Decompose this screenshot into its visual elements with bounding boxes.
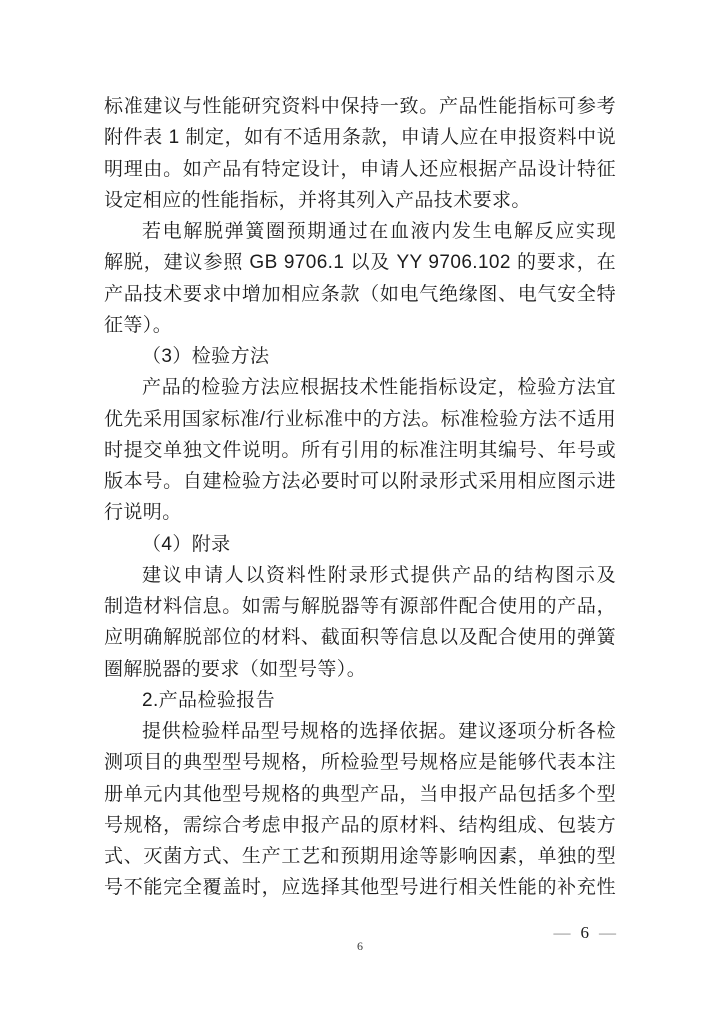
text-line: 行说明。 (104, 497, 616, 528)
footer-dash-right: — (599, 923, 616, 942)
text-line: 明理由。如产品有特定设计，申请人还应根据产品设计特征 (104, 154, 616, 185)
text-line: 圈解脱器的要求（如型号等）。 (104, 654, 616, 685)
section-heading: （3）检验方法 (104, 341, 616, 372)
footer-dash-left: — (554, 923, 571, 942)
text-line: 解脱，建议参照 GB 9706.1 以及 YY 9706.102 的要求，在 (104, 247, 616, 278)
text-line: 应明确解脱部位的材料、截面积等信息以及配合使用的弹簧 (104, 622, 616, 653)
text-line: 建议申请人以资料性附录形式提供产品的结构图示及 (104, 560, 616, 591)
text-line: 时提交单独文件说明。所有引用的标准注明其编号、年号或 (104, 435, 616, 466)
text-line: 提供检验样品型号规格的选择依据。建议逐项分析各检 (104, 716, 616, 747)
text-line: 产品技术要求中增加相应条款（如电气绝缘图、电气安全特 (104, 279, 616, 310)
viewer-page-number: 6 (348, 939, 372, 954)
text-line: 制造材料信息。如需与解脱器等有源部件配合使用的产品， (104, 591, 616, 622)
text-line: 标准建议与性能研究资料中保持一致。产品性能指标可参考 (104, 91, 616, 122)
text-line: 测项目的典型型号规格，所检验型号规格应是能够代表本注 (104, 747, 616, 778)
text-line: 号规格，需综合考虑申报产品的原材料、结构组成、包装方 (104, 810, 616, 841)
text-line: 征等）。 (104, 310, 616, 341)
text-line: 优先采用国家标准/行业标准中的方法。标准检验方法不适用 (104, 404, 616, 435)
text-line: 若电解脱弹簧圈预期通过在血液内发生电解反应实现 (104, 216, 616, 247)
section-heading: （4）附录 (104, 529, 616, 560)
text-line: 册单元内其他型号规格的典型产品，当申报产品包括多个型 (104, 779, 616, 810)
text-line: 式、灭菌方式、生产工艺和预期用途等影响因素，单独的型 (104, 841, 616, 872)
document-body: 标准建议与性能研究资料中保持一致。产品性能指标可参考 附件表 1 制定，如有不适… (104, 91, 616, 904)
page-number-footer: —6— (554, 923, 617, 943)
text-line: 设定相应的性能指标，并将其列入产品技术要求。 (104, 185, 616, 216)
footer-page-number: 6 (581, 923, 590, 942)
section-heading: 2.产品检验报告 (104, 685, 616, 716)
text-line: 版本号。自建检验方法必要时可以附录形式采用相应图示进 (104, 466, 616, 497)
text-line: 附件表 1 制定，如有不适用条款，申请人应在申报资料中说 (104, 122, 616, 153)
document-page: 标准建议与性能研究资料中保持一致。产品性能指标可参考 附件表 1 制定，如有不适… (0, 0, 720, 1018)
text-line: 号不能完全覆盖时，应选择其他型号进行相关性能的补充性 (104, 872, 616, 903)
text-line: 产品的检验方法应根据技术性能指标设定，检验方法宜 (104, 372, 616, 403)
